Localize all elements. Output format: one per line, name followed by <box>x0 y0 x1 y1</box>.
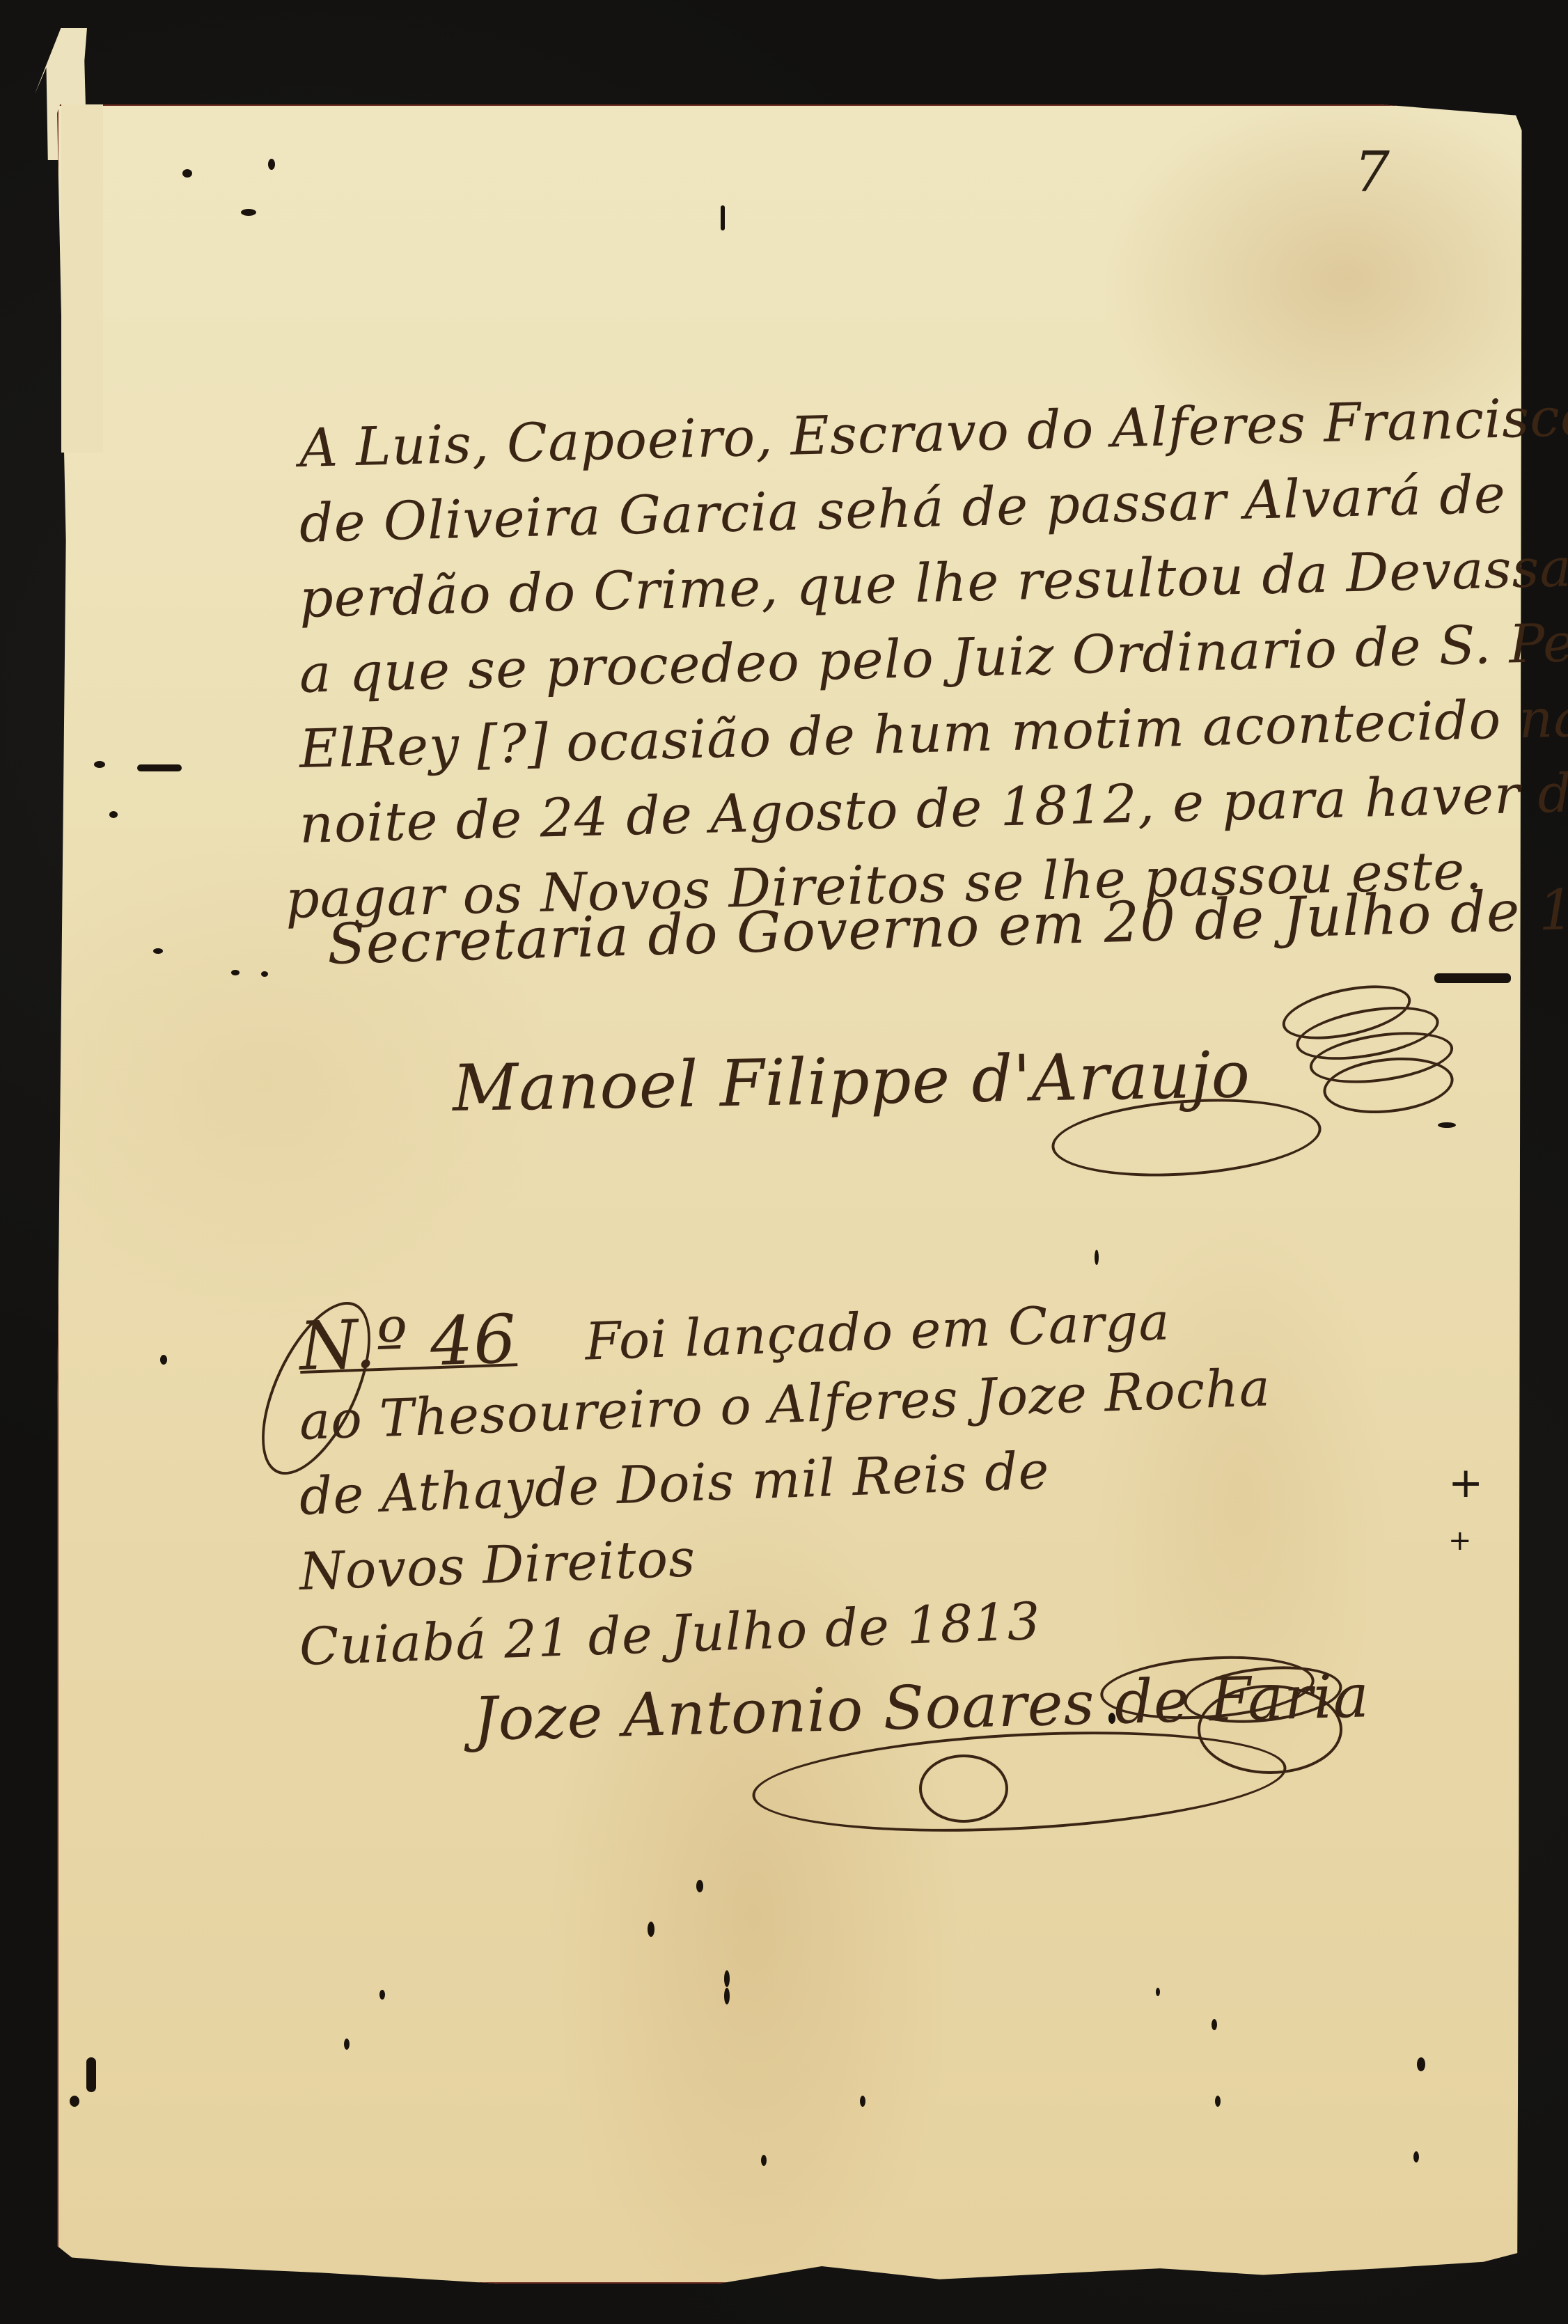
ink-blot <box>724 1988 730 2004</box>
ink-blot <box>1434 973 1511 983</box>
ink-blot <box>1215 2096 1221 2107</box>
paper-left-strip <box>61 104 103 453</box>
ink-blot <box>70 2096 79 2107</box>
signature-flourish <box>919 1754 1008 1823</box>
ink-blot <box>1417 2057 1425 2071</box>
ink-blot <box>94 761 105 768</box>
ink-blot <box>231 970 240 975</box>
receipt-annotation: N.º 46 Foi lançado em Carga ao Thesourei… <box>299 1309 1483 1685</box>
ink-blot <box>109 811 118 818</box>
ink-blot <box>1413 2151 1419 2162</box>
ink-blot <box>153 948 163 954</box>
ink-blot <box>86 2057 96 2092</box>
ink-blot <box>241 209 256 216</box>
ink-blot <box>261 971 268 977</box>
ink-blot <box>696 1880 703 1892</box>
ink-blot <box>379 1990 385 2000</box>
ink-blot <box>1156 1988 1160 1996</box>
margin-cross-mark: + <box>1448 1525 1472 1557</box>
ink-blot <box>860 2096 865 2107</box>
ink-blot <box>268 159 275 170</box>
ink-blot <box>137 764 182 771</box>
ink-blot <box>1438 1122 1456 1128</box>
ink-blot <box>1095 1250 1099 1265</box>
ink-blot <box>344 2039 350 2050</box>
margin-cross-mark: + <box>1448 1459 1483 1507</box>
ink-blot <box>160 1355 167 1365</box>
page-number-mark: 7 <box>1354 139 1390 204</box>
ink-blot <box>724 1970 730 1987</box>
ink-blot <box>761 2155 767 2166</box>
main-text-block: A Luis, Capoeiro, Escravo do Alferes Fra… <box>299 411 1511 937</box>
ink-blot <box>721 205 725 230</box>
ink-blot <box>648 1922 654 1937</box>
ink-blot <box>182 169 192 178</box>
ink-blot <box>1212 2019 1217 2030</box>
